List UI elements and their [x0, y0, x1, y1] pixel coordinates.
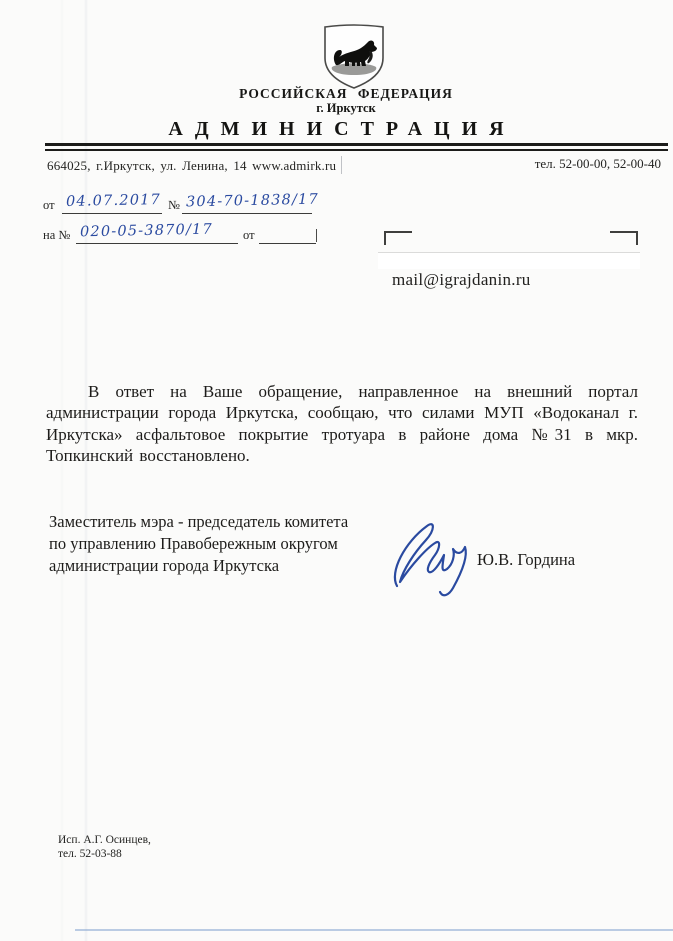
executor-name: Исп. А.Г. Осинцев, — [58, 833, 151, 847]
letter-body: В ответ на Ваше обращение, направленное … — [46, 381, 638, 467]
addressee-corner-bracket-left — [384, 231, 412, 245]
ref-field-end-tick — [316, 229, 317, 242]
body-line: Топкинский восстановлено. — [46, 445, 638, 466]
signatory-title: Заместитель мэра - председатель комитета… — [49, 511, 389, 577]
addressee-email: mail@igrajdanin.ru — [392, 270, 531, 290]
addressee-corner-bracket-right — [610, 231, 638, 245]
signatory-title-line: администрации города Иркутска — [49, 555, 389, 577]
irkutsk-coat-of-arms-icon — [321, 22, 387, 90]
ref-from-label: от — [43, 198, 55, 213]
letterhead-country: РОССИЙСКАЯ ФЕДЕРАЦИЯ — [0, 86, 673, 102]
scan-bottom-blue-line — [75, 929, 673, 931]
body-line: Иркутска» асфальтовое покрытие тротуара … — [46, 424, 638, 445]
ref-reply-label: на № — [43, 228, 70, 243]
letterhead-org-title: АДМИНИСТРАЦИЯ — [0, 118, 673, 141]
letterhead-phone: тел. 52-00-00, 52-00-40 — [535, 156, 661, 172]
ref-reply-handwriting: 020-05-3870/17 — [80, 222, 213, 241]
redacted-addressee-line — [378, 252, 640, 269]
ref-date-handwriting: 04.07.2017 — [66, 192, 161, 210]
executor-block: Исп. А.Г. Осинцев, тел. 52-03-88 — [58, 833, 151, 861]
body-line: администрации города Иркутска, сообщаю, … — [46, 402, 638, 423]
signatory-title-line: Заместитель мэра - председатель комитета — [49, 511, 389, 533]
scan-streak — [84, 0, 88, 941]
letterhead-double-rule — [45, 143, 668, 151]
executor-phone: тел. 52-03-88 — [58, 847, 151, 861]
letterhead-city: г. Иркутск — [0, 101, 673, 116]
ref-number-handwriting: 304-70-1838/17 — [186, 192, 319, 211]
signatory-title-line: по управлению Правобережным округом — [49, 533, 389, 555]
ref-reply-date-field — [259, 226, 316, 244]
body-line: В ответ на Ваше обращение, направленное … — [46, 381, 638, 402]
letterhead-divider-tick — [341, 156, 342, 174]
ref-no-label: № — [168, 198, 180, 213]
signatory-name: Ю.В. Гордина — [477, 550, 575, 570]
letterhead-address: 664025, г.Иркутск, ул. Ленина, 14 www.ad… — [47, 158, 336, 174]
ref-reply-from-label: от — [243, 228, 255, 243]
scan-streak — [60, 0, 64, 941]
scanned-letter-page: РОССИЙСКАЯ ФЕДЕРАЦИЯ г. Иркутск АДМИНИСТ… — [0, 0, 673, 941]
